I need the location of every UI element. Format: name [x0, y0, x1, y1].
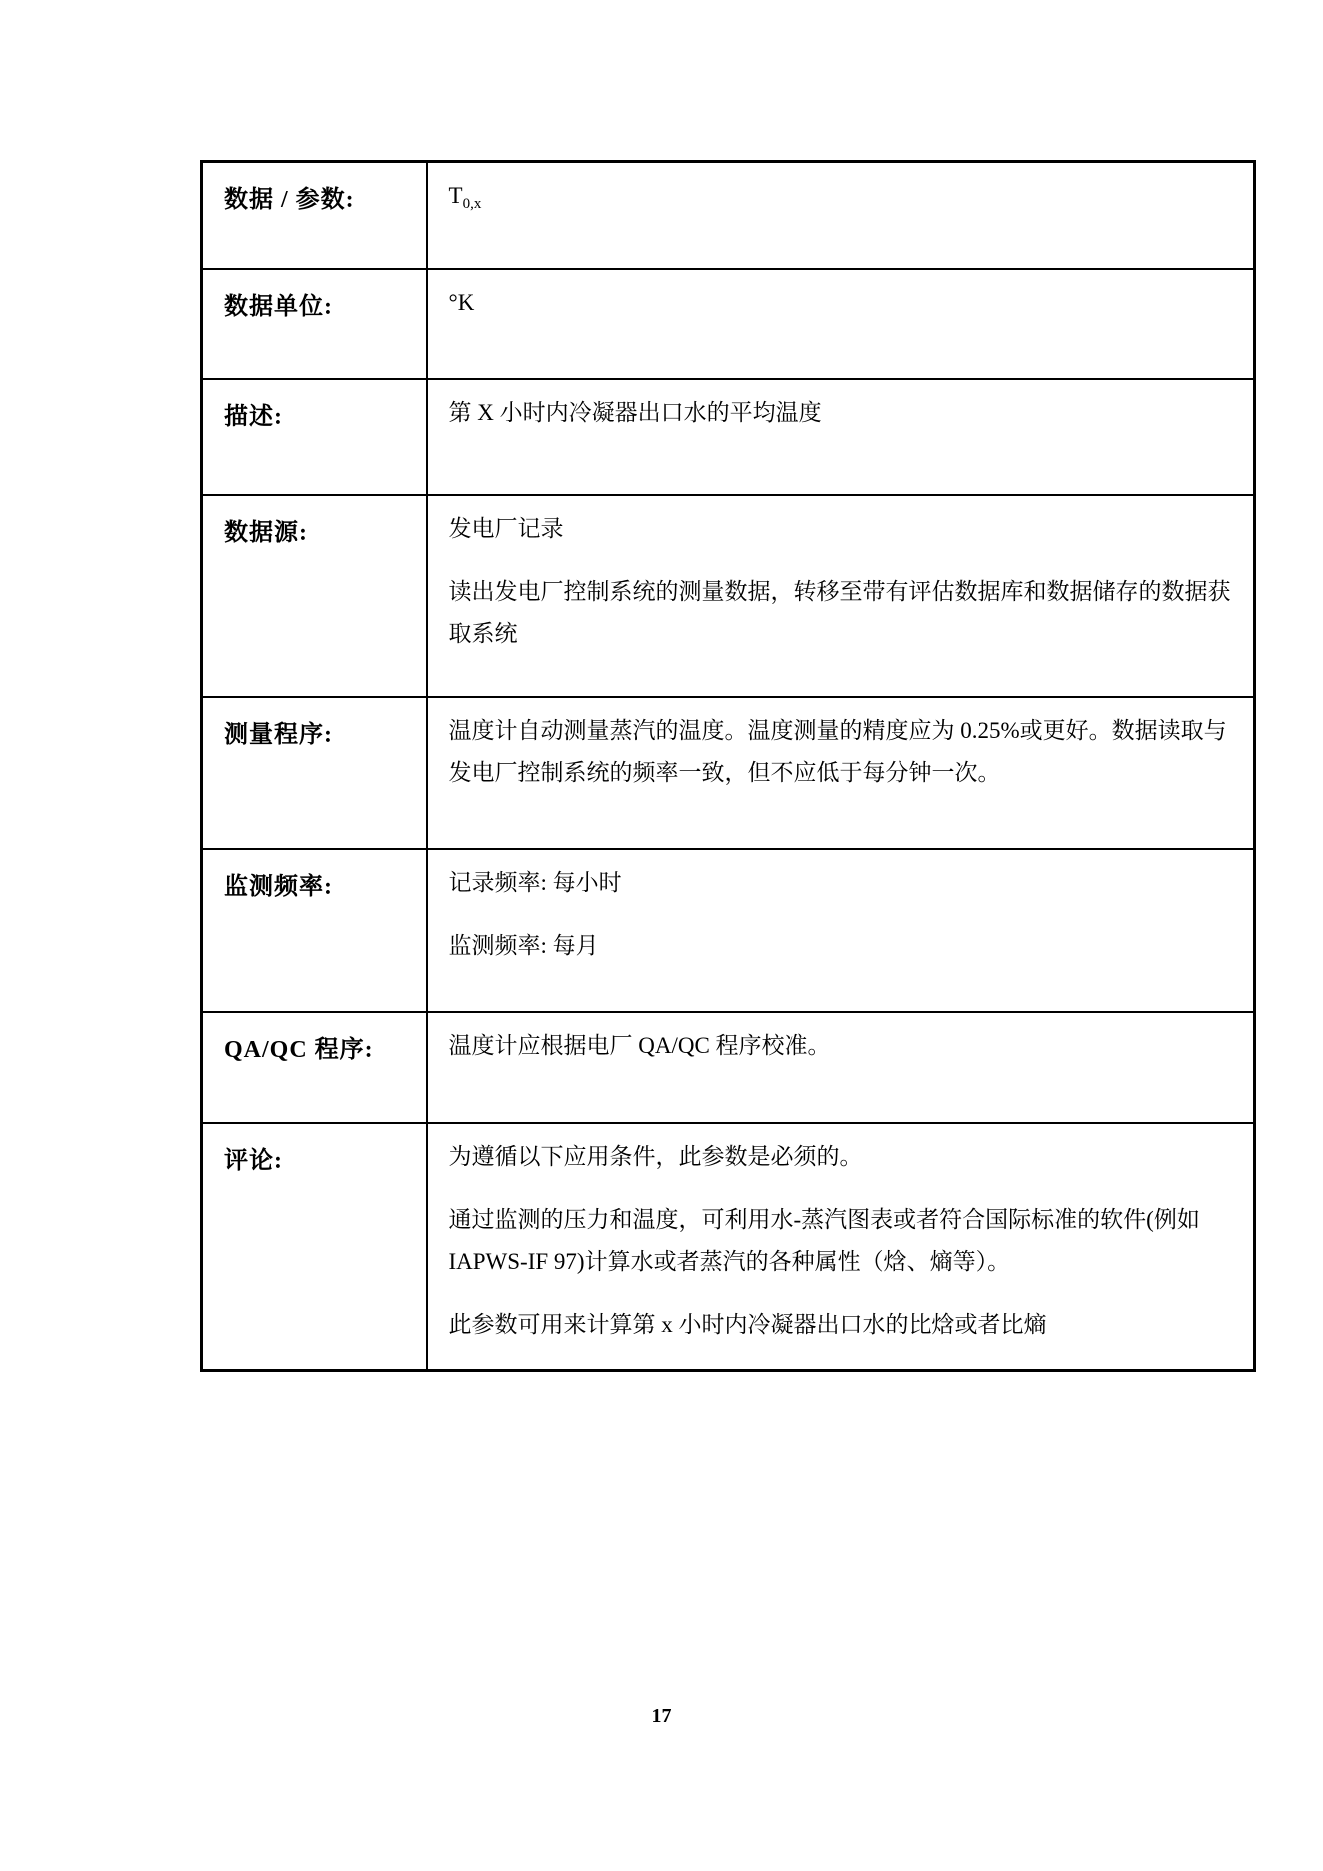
parameter-base: T	[449, 183, 463, 208]
table-row: 监测频率: 记录频率: 每小时 监测频率: 每月	[202, 849, 1255, 1012]
table-row: 描述: 第 X 小时内冷凝器出口水的平均温度	[202, 379, 1255, 495]
parameter-symbol: T0,x	[449, 175, 1234, 217]
row-value-qaqc-procedure: 温度计应根据电厂 QA/QC 程序校准。	[427, 1012, 1255, 1123]
row-value-data-source: 发电厂记录 读出发电厂控制系统的测量数据，转移至带有评估数据库和数据储存的数据获…	[427, 495, 1255, 697]
paragraph: 发电厂记录	[449, 508, 1234, 550]
row-value-data-unit: °K	[427, 269, 1255, 379]
table-row: 数据源: 发电厂记录 读出发电厂控制系统的测量数据，转移至带有评估数据库和数据储…	[202, 495, 1255, 697]
row-value-description: 第 X 小时内冷凝器出口水的平均温度	[427, 379, 1255, 495]
row-value-data-parameter: T0,x	[427, 162, 1255, 270]
row-label-comments: 评论:	[202, 1123, 427, 1371]
table-row: 评论: 为遵循以下应用条件，此参数是必须的。 通过监测的压力和温度，可利用水-蒸…	[202, 1123, 1255, 1371]
table-row: QA/QC 程序: 温度计应根据电厂 QA/QC 程序校准。	[202, 1012, 1255, 1123]
table-row: 数据 / 参数: T0,x	[202, 162, 1255, 270]
paragraph: 通过监测的压力和温度，可利用水-蒸汽图表或者符合国际标准的软件(例如 IAPWS…	[449, 1199, 1234, 1283]
parameter-table: 数据 / 参数: T0,x 数据单位: °K 描述: 第 X 小时内冷凝器出口水…	[200, 160, 1256, 1372]
row-label-data-parameter: 数据 / 参数:	[202, 162, 427, 270]
paragraph: 为遵循以下应用条件，此参数是必须的。	[449, 1136, 1234, 1178]
paragraph: 记录频率: 每小时	[449, 862, 1234, 904]
row-label-description: 描述:	[202, 379, 427, 495]
table-row: 测量程序: 温度计自动测量蒸汽的温度。温度测量的精度应为 0.25%或更好。数据…	[202, 697, 1255, 849]
row-label-measurement-procedure: 测量程序:	[202, 697, 427, 849]
paragraph: 温度计应根据电厂 QA/QC 程序校准。	[449, 1025, 1234, 1067]
row-label-qaqc-procedure: QA/QC 程序:	[202, 1012, 427, 1123]
paragraph: 温度计自动测量蒸汽的温度。温度测量的精度应为 0.25%或更好。数据读取与发电厂…	[449, 710, 1234, 794]
row-value-monitoring-frequency: 记录频率: 每小时 监测频率: 每月	[427, 849, 1255, 1012]
row-label-data-unit: 数据单位:	[202, 269, 427, 379]
paragraph: °K	[449, 282, 1234, 324]
paragraph: 监测频率: 每月	[449, 925, 1234, 967]
paragraph: 此参数可用来计算第 x 小时内冷凝器出口水的比焓或者比熵	[449, 1304, 1234, 1346]
row-value-measurement-procedure: 温度计自动测量蒸汽的温度。温度测量的精度应为 0.25%或更好。数据读取与发电厂…	[427, 697, 1255, 849]
row-value-comments: 为遵循以下应用条件，此参数是必须的。 通过监测的压力和温度，可利用水-蒸汽图表或…	[427, 1123, 1255, 1371]
table-row: 数据单位: °K	[202, 269, 1255, 379]
paragraph: 第 X 小时内冷凝器出口水的平均温度	[449, 392, 1234, 434]
parameter-subscript: 0,x	[463, 196, 482, 212]
row-label-data-source: 数据源:	[202, 495, 427, 697]
row-label-monitoring-frequency: 监测频率:	[202, 849, 427, 1012]
paragraph: 读出发电厂控制系统的测量数据，转移至带有评估数据库和数据储存的数据获取系统	[449, 571, 1234, 655]
document-page: 数据 / 参数: T0,x 数据单位: °K 描述: 第 X 小时内冷凝器出口水…	[0, 0, 1323, 1871]
page-number: 17	[0, 1705, 1323, 1728]
